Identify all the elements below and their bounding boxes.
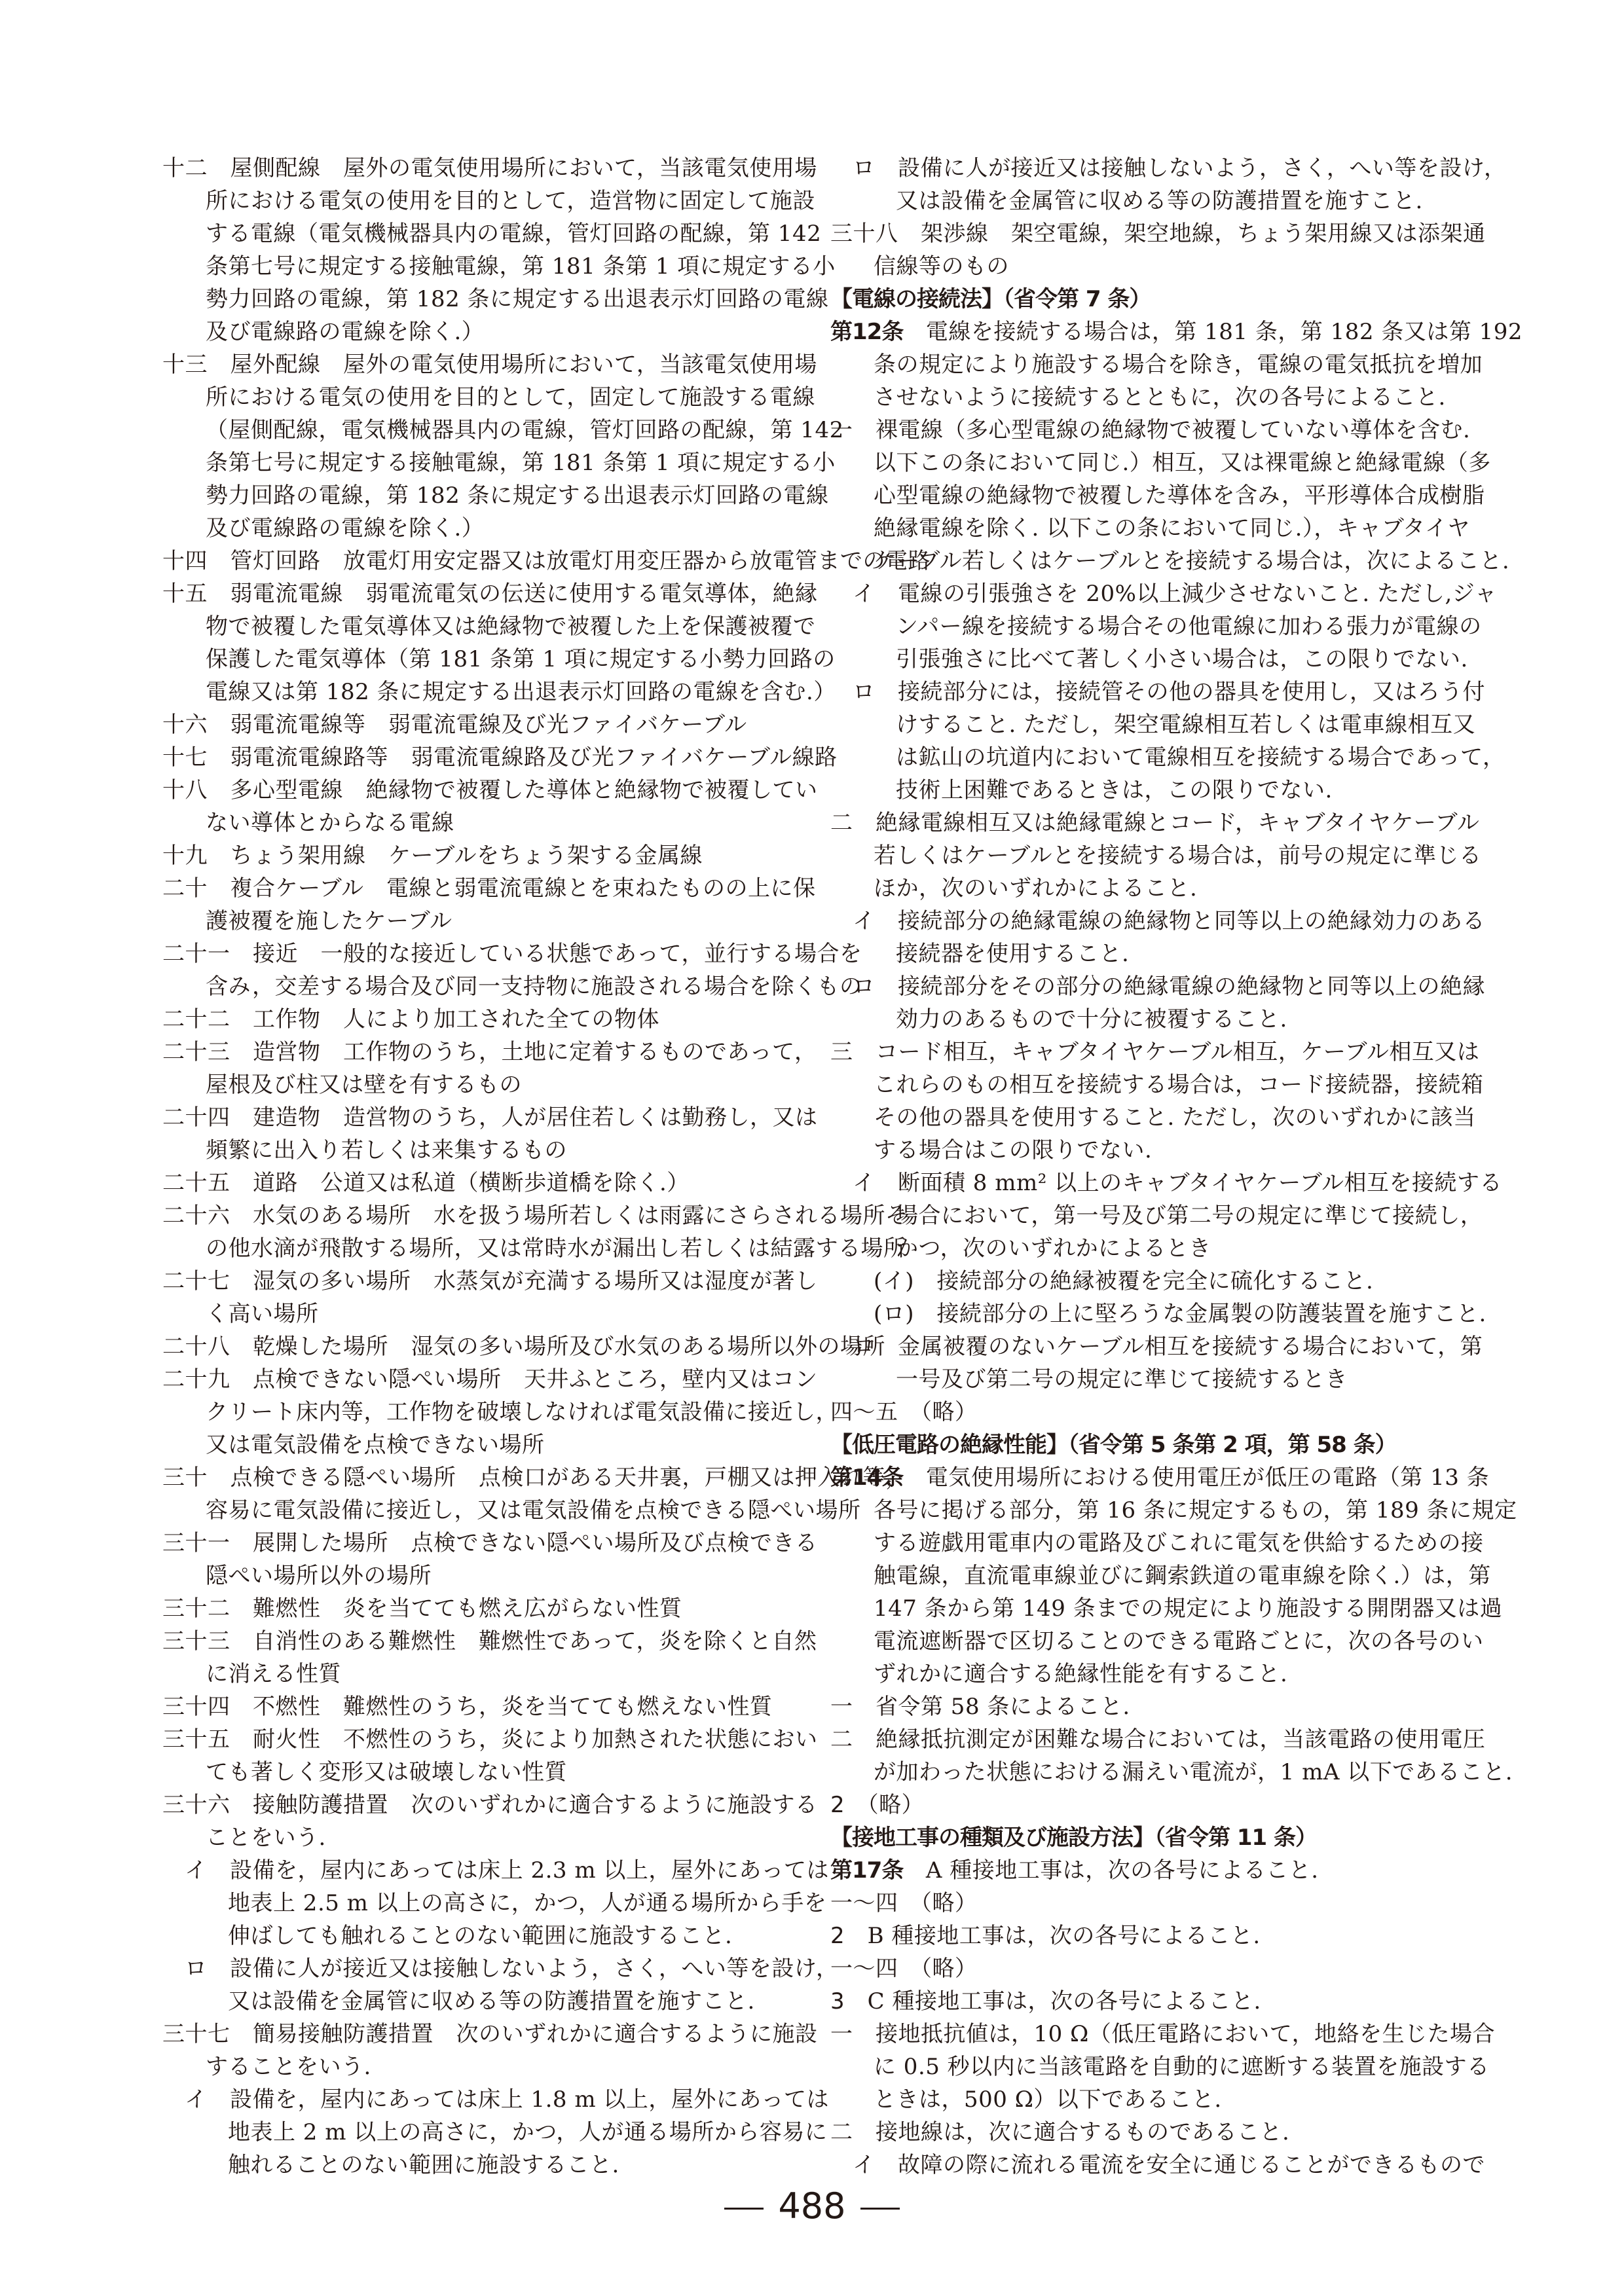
text-line: に消える性質 <box>162 1658 817 1690</box>
text-line: 一号及び第二号の規定に準じて接続するとき <box>830 1363 1485 1396</box>
text-line: 隠ぺい場所以外の場所 <box>162 1559 817 1592</box>
section-heading: 【低圧電路の絶縁性能】（省令第 5 条第 2 項，第 58 条） <box>830 1429 1485 1461</box>
line-text: 電線を接続する場合は，第 181 条，第 182 条又は第 192 <box>903 319 1522 345</box>
text-line: 勢力回路の電線，第 182 条に規定する出退表示灯回路の電線 <box>162 283 817 316</box>
text-line: 十八 多心型電線 絶縁物で被覆した導体と絶縁物で被覆してい <box>162 774 817 807</box>
text-line: 三 コード相互，キャブタイヤケーブル相互，ケーブル相互又は <box>830 1036 1485 1068</box>
article-number: 第12条 <box>830 319 903 345</box>
text-line: することをいう. <box>162 2050 817 2083</box>
text-line: けすること. ただし，架空電線相互若しくは電車線相互又 <box>830 708 1485 741</box>
text-line: 心型電線の絶縁物で被覆した導体を含み，平形導体合成樹脂 <box>830 479 1485 512</box>
text-line: 二十三 造営物 工作物のうち，土地に定着するものであって， <box>162 1036 817 1068</box>
text-line: 二十二 工作物 人により加工された全ての物体 <box>162 1003 817 1036</box>
text-line: 二十一 接近 一般的な接近している状態であって，並行する場合を <box>162 938 817 970</box>
text-line: 十三 屋外配線 屋外の電気使用場所において，当該電気使用場 <box>162 348 817 381</box>
text-line: 又は電気設備を点検できない場所 <box>162 1429 817 1461</box>
line-text: A 種接地工事は，次の各号によること. <box>903 1857 1318 1884</box>
line-text: B 種接地工事は，次の各号によること. <box>845 1923 1261 1949</box>
text-line: 技術上困難であるときは，この限りでない. <box>830 774 1485 807</box>
text-line: イ 故障の際に流れる電流を安全に通じることができるもので <box>830 2149 1485 2181</box>
text-line: 一～四 （略） <box>830 1887 1485 1920</box>
text-line: 電流遮断器で区切ることのできる電路ごとに，次の各号のい <box>830 1625 1485 1658</box>
text-line: 三十一 展開した場所 点検できない隠ぺい場所及び点検できる <box>162 1527 817 1559</box>
text-line: イ 接続部分の絶縁電線の絶縁物と同等以上の絶縁効力のある <box>830 905 1485 938</box>
text-line: 一 接地抵抗値は，10 Ω（低圧電路において，地絡を生じた場合 <box>830 2018 1485 2050</box>
article-first-line: 第14条 電気使用場所における使用電圧が低圧の電路（第 13 条 <box>830 1461 1485 1494</box>
text-line: 二十七 湿気の多い場所 水蒸気が充満する場所又は湿度が著し <box>162 1265 817 1298</box>
text-line: 触電線，直流電車線並びに鋼索鉄道の電車線を除く.）は，第 <box>830 1559 1485 1592</box>
text-line: 十六 弱電流電線等 弱電流電線及び光ファイバケーブル <box>162 708 817 741</box>
paragraph-first-line: 3 C 種接地工事は，次の各号によること. <box>830 1985 1485 2018</box>
text-line: 絶縁電線を除く. 以下この条において同じ.），キャブタイヤ <box>830 512 1485 545</box>
text-line: かつ，次のいずれかによるとき <box>830 1232 1485 1265</box>
line-text: C 種接地工事は，次の各号によること. <box>845 1988 1261 2014</box>
text-line: 三十四 不燃性 難燃性のうち，炎を当てても燃えない性質 <box>162 1690 817 1723</box>
text-line: ときは，500 Ω）以下であること. <box>830 2083 1485 2116</box>
text-line: ロ 設備に人が接近又は接触しないよう，さく，へい等を設け， <box>830 152 1485 185</box>
text-line: 所における電気の使用を目的として，造営物に固定して施設 <box>162 185 817 217</box>
text-line: ない導体とからなる電線 <box>162 807 817 839</box>
text-line: イ 電線の引張強さを 20%以上減少させないこと. ただし,ジャ <box>830 577 1485 610</box>
text-line: 伸ばしても触れることのない範囲に施設すること. <box>162 1920 817 1952</box>
paragraph-number: 2 <box>830 1792 845 1818</box>
text-line: 場合において，第一号及び第二号の規定に準じて接続し， <box>830 1199 1485 1232</box>
text-line: 二十八 乾燥した場所 湿気の多い場所及び水気のある場所以外の場所 <box>162 1330 817 1363</box>
text-line: ンパー線を接続する場合その他電線に加わる張力が電線の <box>830 610 1485 643</box>
text-line: 二十五 道路 公道又は私道（横断歩道橋を除く.） <box>162 1167 817 1199</box>
page-number-dash-left <box>724 2208 764 2210</box>
text-line: 電線又は第 182 条に規定する出退表示灯回路の電線を含む.） <box>162 676 817 708</box>
line-text: 電気使用場所における使用電圧が低圧の電路（第 13 条 <box>903 1465 1489 1491</box>
text-line: 地表上 2.5 m 以上の高さに，かつ，人が通る場所から手を <box>162 1887 817 1920</box>
article-first-line: 第12条 電線を接続する場合は，第 181 条，第 182 条又は第 192 <box>830 316 1485 348</box>
text-line: 三十八 架渉線 架空電線，架空地線，ちょう架用線又は添架通 <box>830 217 1485 250</box>
text-line: 頻繁に出入り若しくは来集するもの <box>162 1134 817 1167</box>
article-number: 第14条 <box>830 1465 903 1491</box>
text-line: 147 条から第 149 条までの規定により施設する開閉器又は過 <box>830 1592 1485 1625</box>
text-line: その他の器具を使用すること. ただし，次のいずれかに該当 <box>830 1101 1485 1134</box>
text-line: 一 裸電線（多心型電線の絶縁物で被覆していない導体を含む. <box>830 414 1485 446</box>
text-line: ても著しく変形又は破壊しない性質 <box>162 1756 817 1789</box>
text-line: 条第七号に規定する接触電線，第 181 条第 1 項に規定する小 <box>162 250 817 283</box>
text-line: 所における電気の使用を目的として，固定して施設する電線 <box>162 381 817 414</box>
text-line: は鉱山の坑道内において電線相互を接続する場合であって， <box>830 741 1485 774</box>
text-line: イ 設備を，屋内にあっては床上 2.3 m 以上，屋外にあっては <box>162 1854 817 1887</box>
text-line: (イ) 接続部分の絶縁被覆を完全に硫化すること. <box>830 1265 1485 1298</box>
text-line: 又は設備を金属管に収める等の防護措置を施すこと. <box>830 185 1485 217</box>
text-line: 条の規定により施設する場合を除き，電線の電気抵抗を増加 <box>830 348 1485 381</box>
text-line: 二十六 水気のある場所 水を扱う場所若しくは雨露にさらされる場所そ <box>162 1199 817 1232</box>
text-line: 三十三 自消性のある難燃性 難燃性であって，炎を除くと自然 <box>162 1625 817 1658</box>
text-line: 物で被覆した電気導体又は絶縁物で被覆した上を保護被覆で <box>162 610 817 643</box>
text-line: ロ 設備に人が接近又は接触しないよう，さく，へい等を設け， <box>162 1952 817 1985</box>
text-line: 各号に掲げる部分，第 16 条に規定するもの，第 189 条に規定 <box>830 1494 1485 1527</box>
text-line: 四～五 （略） <box>830 1396 1485 1429</box>
text-line: 信線等のもの <box>830 250 1485 283</box>
section-heading: 【接地工事の種類及び施設方法】（省令第 11 条） <box>830 1821 1485 1854</box>
text-line: 二十四 建造物 造営物のうち，人が居住若しくは勤務し，又は <box>162 1101 817 1134</box>
text-line: 二十九 点検できない隠ぺい場所 天井ふところ，壁内又はコン <box>162 1363 817 1396</box>
text-line: 二 接地線は，次に適合するものであること. <box>830 2116 1485 2149</box>
text-line: イ 断面積 8 mm² 以上のキャブタイヤケーブル相互を接続する <box>830 1167 1485 1199</box>
text-line: 地表上 2 m 以上の高さに，かつ，人が通る場所から容易に <box>162 2116 817 2149</box>
text-line: 十四 管灯回路 放電灯用安定器又は放電灯用変圧器から放電管までの電路 <box>162 545 817 577</box>
text-line: 二 絶縁電線相互又は絶縁電線とコード，キャブタイヤケーブル <box>830 807 1485 839</box>
page-number-value: 488 <box>778 2185 845 2227</box>
text-line: 護被覆を施したケーブル <box>162 905 817 938</box>
text-line: 三十二 難燃性 炎を当てても燃え広がらない性質 <box>162 1592 817 1625</box>
text-line: 二十 複合ケーブル 電線と弱電流電線とを束ねたものの上に保 <box>162 872 817 905</box>
text-line: 三十五 耐火性 不燃性のうち，炎により加熱された状態におい <box>162 1723 817 1756</box>
text-line: 二 絶縁抵抗測定が困難な場合においては，当該電路の使用電圧 <box>830 1723 1485 1756</box>
text-line: く高い場所 <box>162 1298 817 1330</box>
text-line: 引張強さに比べて著しく小さい場合は，この限りでない. <box>830 643 1485 676</box>
article-first-line: 第17条 A 種接地工事は，次の各号によること. <box>830 1854 1485 1887</box>
page-number: 488 <box>0 2185 1624 2227</box>
text-line: ロ 接続部分をその部分の絶縁電線の絶縁物と同等以上の絶縁 <box>830 970 1485 1003</box>
text-line: 三十 点検できる隠ぺい場所 点検口がある天井裏，戸棚又は押入れ等， <box>162 1461 817 1494</box>
text-line: イ 設備を，屋内にあっては床上 1.8 m 以上，屋外にあっては <box>162 2083 817 2116</box>
text-line: 条第七号に規定する接触電線，第 181 条第 1 項に規定する小 <box>162 446 817 479</box>
text-line: 及び電線路の電線を除く.） <box>162 316 817 348</box>
text-line: 三十六 接触防護措置 次のいずれかに適合するように施設する <box>162 1789 817 1821</box>
text-line: 容易に電気設備に接近し，又は電気設備を点検できる隠ぺい場所 <box>162 1494 817 1527</box>
text-line: する場合はこの限りでない. <box>830 1134 1485 1167</box>
text-line: ロ 金属被覆のないケーブル相互を接続する場合において，第 <box>830 1330 1485 1363</box>
text-line: 効力のあるもので十分に被覆すること. <box>830 1003 1485 1036</box>
text-line: (ロ) 接続部分の上に堅ろうな金属製の防護装置を施すこと. <box>830 1298 1485 1330</box>
line-text: （略） <box>845 1792 924 1818</box>
text-line: 若しくはケーブルとを接続する場合は，前号の規定に準じる <box>830 839 1485 872</box>
text-line: 及び電線路の電線を除く.） <box>162 512 817 545</box>
right-column: ロ 設備に人が接近又は接触しないよう，さく，へい等を設け，又は設備を金属管に収め… <box>830 152 1485 2181</box>
text-line: ほか，次のいずれかによること. <box>830 872 1485 905</box>
text-line: 十七 弱電流電線路等 弱電流電線路及び光ファイバケーブル線路 <box>162 741 817 774</box>
text-line: ことをいう. <box>162 1821 817 1854</box>
article-number: 第17条 <box>830 1857 903 1884</box>
paragraph-number: 2 <box>830 1923 845 1949</box>
text-line: 三十七 簡易接触防護措置 次のいずれかに適合するように施設 <box>162 2018 817 2050</box>
text-line: 十五 弱電流電線 弱電流電気の伝送に使用する電気導体，絶縁 <box>162 577 817 610</box>
text-line: これらのもの相互を接続する場合は，コード接続器，接続箱 <box>830 1068 1485 1101</box>
text-line: 勢力回路の電線，第 182 条に規定する出退表示灯回路の電線 <box>162 479 817 512</box>
paragraph-first-line: 2 B 種接地工事は，次の各号によること. <box>830 1920 1485 1952</box>
text-line: が加わった状態における漏えい電流が，1 mA 以下であること. <box>830 1756 1485 1789</box>
text-line: に 0.5 秒以内に当該電路を自動的に遮断する装置を施設する <box>830 2050 1485 2083</box>
text-line: 含み，交差する場合及び同一支持物に施設される場合を除くもの <box>162 970 817 1003</box>
text-line: 又は設備を金属管に収める等の防護措置を施すこと. <box>162 1985 817 2018</box>
left-column: 十二 屋側配線 屋外の電気使用場所において，当該電気使用場所における電気の使用を… <box>162 152 817 2181</box>
text-line: ずれかに適合する絶縁性能を有すること. <box>830 1658 1485 1690</box>
text-line: 以下この条において同じ.）相互，又は裸電線と絶縁電線（多 <box>830 446 1485 479</box>
text-line: 屋根及び柱又は壁を有するもの <box>162 1068 817 1101</box>
text-line: 一～四 （略） <box>830 1952 1485 1985</box>
text-line: （屋側配線，電気機械器具内の電線，管灯回路の配線，第 142 <box>162 414 817 446</box>
page-number-dash-right <box>860 2208 900 2210</box>
text-line: させないように接続するとともに，次の各号によること. <box>830 381 1485 414</box>
text-line: 十二 屋側配線 屋外の電気使用場所において，当該電気使用場 <box>162 152 817 185</box>
section-heading: 【電線の接続法】（省令第 7 条） <box>830 283 1485 316</box>
text-line: クリート床内等，工作物を破壊しなければ電気設備に接近し， <box>162 1396 817 1429</box>
text-line: 一 省令第 58 条によること. <box>830 1690 1485 1723</box>
text-line: の他水滴が飛散する場所，又は常時水が漏出し若しくは結露する場所 <box>162 1232 817 1265</box>
text-line: 保護した電気導体（第 181 条第 1 項に規定する小勢力回路の <box>162 643 817 676</box>
text-line: 触れることのない範囲に施設すること. <box>162 2149 817 2181</box>
paragraph-first-line: 2 （略） <box>830 1789 1485 1821</box>
text-line: ロ 接続部分には，接続管その他の器具を使用し，又はろう付 <box>830 676 1485 708</box>
paragraph-number: 3 <box>830 1988 845 2014</box>
text-line: 十九 ちょう架用線 ケーブルをちょう架する金属線 <box>162 839 817 872</box>
text-line: する電線（電気機械器具内の電線，管灯回路の配線，第 142 <box>162 217 817 250</box>
text-line: ケーブル若しくはケーブルとを接続する場合は，次によること. <box>830 545 1485 577</box>
text-line: する遊戯用電車内の電路及びこれに電気を供給するための接 <box>830 1527 1485 1559</box>
text-line: 接続器を使用すること. <box>830 938 1485 970</box>
